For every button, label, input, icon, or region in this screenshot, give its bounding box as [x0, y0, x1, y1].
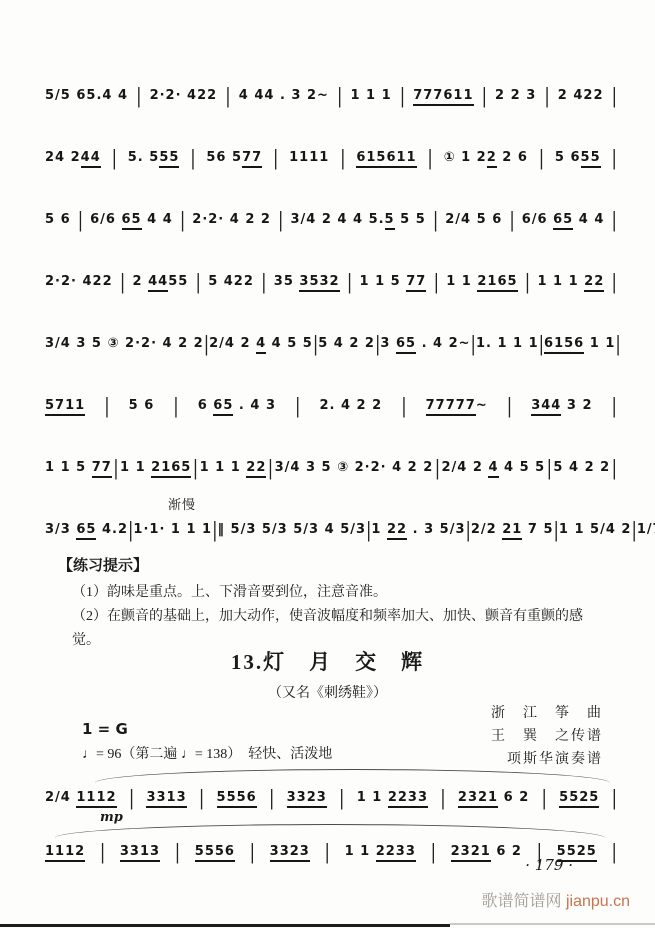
barline: |: [347, 269, 352, 293]
measure: 3/4 2 4 4 5.5 5 5: [290, 212, 425, 227]
barline: |: [78, 207, 83, 231]
barline: |: [128, 517, 133, 541]
measure: 2/2 21 7 5: [471, 522, 554, 537]
barline: |: [539, 331, 544, 355]
measure: 2321 6 2: [451, 844, 522, 859]
barline: |: [366, 517, 371, 541]
dynamic-mark: mp: [100, 810, 123, 825]
measure: 3323: [287, 790, 327, 805]
measure: 2 4455: [133, 274, 189, 289]
measure: 5 6: [45, 212, 71, 227]
measure: 2/4 5 6: [445, 212, 502, 227]
measure: 6/6 65 4 4: [522, 212, 605, 227]
barline: |: [313, 331, 318, 355]
credit-performer: 项斯华演奏谱: [491, 748, 603, 771]
barline: |: [180, 207, 185, 231]
measure: 1·1· 1 1 1: [133, 522, 212, 537]
measure: 3/3 65 4.2: [45, 522, 128, 537]
credit-transmitter: 王 巽 之传谱: [491, 725, 603, 748]
barline: |: [129, 785, 134, 809]
barline: |: [212, 517, 217, 541]
practice-tips: 【练习提示】 （1）韵味是重点。上、下滑音要到位，注意音准。 （2）在颤音的基础…: [58, 554, 603, 653]
page-number: · 179 ·: [525, 856, 573, 874]
score-line: 3/4 3 5 ③ 2·2· 4 2 2|2/4 2 4 4 5 5|5 4 2…: [45, 312, 617, 374]
measure: 2 422: [558, 88, 604, 103]
barline: |: [136, 83, 141, 107]
score-line: 2/4 1112|3313|5556|3323|1 1 2233|2321 6 …: [45, 770, 617, 824]
measure: 1 1 2165: [120, 460, 191, 475]
barline: |: [427, 145, 432, 169]
barline: |: [434, 269, 439, 293]
measure: 2/4 2 4 4 5 5: [442, 460, 546, 475]
barline: |: [612, 393, 617, 417]
measure: 1 1 1 22: [537, 274, 604, 289]
barline: |: [225, 83, 230, 107]
barline: |: [471, 331, 476, 355]
measure: 5 4 2 2: [553, 460, 610, 475]
barline: |: [611, 207, 616, 231]
measure: 2321 6 2: [458, 790, 529, 805]
measure: 1 1 2233: [345, 844, 416, 859]
piece-alt-title: （又名《刺绣鞋》）: [0, 682, 655, 702]
measure: 5 655: [555, 150, 601, 165]
barline: |: [525, 269, 530, 293]
barline: |: [631, 517, 636, 541]
measure: 5556: [195, 844, 235, 859]
barline: |: [261, 269, 266, 293]
measure: 3313: [120, 844, 160, 859]
measure: 5. 555: [128, 150, 180, 165]
barline: |: [339, 785, 344, 809]
measure: 1. 1 1 1: [476, 336, 539, 351]
barline: |: [112, 145, 117, 169]
scan-edge-line: [450, 923, 655, 925]
barline: |: [269, 785, 274, 809]
barline: |: [340, 145, 345, 169]
measure: 35 3532: [274, 274, 340, 289]
measure: 1112: [45, 844, 85, 859]
barline: |: [190, 145, 195, 169]
scan-edge-line: [0, 924, 450, 927]
score-line: 24 244|5. 555|56 577|1111|615611|① 1 22 …: [45, 126, 617, 188]
barline: |: [173, 393, 178, 417]
barline: |: [268, 455, 273, 479]
barline: |: [401, 393, 406, 417]
measure: 3323: [270, 844, 310, 859]
barline: |: [295, 393, 300, 417]
measure: 615611: [356, 150, 416, 165]
barline: |: [612, 269, 617, 293]
barline: |: [325, 839, 330, 863]
measure: 1 1 2233: [357, 790, 428, 805]
measure: 344 3 2: [531, 398, 592, 413]
barline: |: [400, 83, 405, 107]
barline: |: [113, 455, 118, 479]
measure: 1/7/1 —: [637, 522, 655, 537]
barline: |: [466, 517, 471, 541]
measure: 5525: [559, 790, 599, 805]
barline: |: [196, 269, 201, 293]
measure: 6/6 65 4 4: [90, 212, 173, 227]
watermark-domain: jianpu.cn: [566, 893, 630, 910]
measure: 77777~: [426, 398, 488, 413]
measure: 6156 1 1: [544, 336, 615, 351]
barline: |: [375, 331, 380, 355]
ritardando-label: 渐慢: [168, 494, 196, 513]
measure: 2·2· 4 2 2: [192, 212, 271, 227]
barline: |: [175, 839, 180, 863]
barline: |: [611, 145, 616, 169]
barline: |: [544, 83, 549, 107]
barline: |: [433, 207, 438, 231]
barline: |: [612, 83, 617, 107]
barline: |: [612, 839, 617, 863]
measure: 1 22 . 3 5/3: [371, 522, 465, 537]
score-line: 5711|5 6|6 65 . 4 3|2. 4 2 2|77777~|344 …: [45, 374, 617, 436]
measure: 24 244: [45, 150, 101, 165]
barline: |: [612, 455, 617, 479]
measure: 1 1 5/4 2: [559, 522, 632, 537]
practice-tip-1: （1）韵味是重点。上、下滑音要到位，注意音准。: [58, 581, 603, 605]
barline: |: [250, 839, 255, 863]
measure: 56 577: [206, 150, 262, 165]
credit-origin: 浙 江 筝 曲: [491, 702, 603, 725]
measure: 1 1 1 22: [200, 460, 267, 475]
measure: 2·2· 422: [45, 274, 113, 289]
measure: 3/4 3 5 ③ 2·2· 4 2 2: [45, 336, 204, 351]
barline: |: [435, 455, 440, 479]
key-tempo-block: 1 = G ♩= 96（第二遍 ♩= 138） 轻快、活泼地: [82, 720, 332, 763]
measure: 1111: [289, 150, 329, 165]
key-signature: 1 = G: [82, 720, 332, 738]
watermark-site-name: 歌谱简谱网: [481, 893, 561, 910]
measure: 3 65 . 4 2~: [380, 336, 470, 351]
measure: 4 44 . 3 2~: [239, 88, 329, 103]
measure: 777611: [413, 88, 473, 103]
barline: |: [104, 393, 109, 417]
measure: 5711: [45, 398, 85, 413]
score-line: 3/3 65 4.2|1·1· 1 1 1|‖ 5/3 5/3 5/3 4 5/…: [45, 498, 617, 560]
measure: 5 422: [208, 274, 254, 289]
score-section-1: 5/5 65.4 4|2·2· 422|4 44 . 3 2~|1 1 1|77…: [45, 64, 617, 560]
score-book-page: 5/5 65.4 4|2·2· 422|4 44 . 3 2~|1 1 1|77…: [0, 0, 655, 928]
score-line: 2·2· 422|2 4455|5 422|35 3532|1 1 5 77|1…: [45, 250, 617, 312]
measure: 3313: [146, 790, 186, 805]
barline: |: [273, 145, 278, 169]
score-line: 5/5 65.4 4|2·2· 422|4 44 . 3 2~|1 1 1|77…: [45, 64, 617, 126]
measure: 2·2· 422: [150, 88, 218, 103]
barline: |: [542, 785, 547, 809]
measure: 1 1 2165: [446, 274, 517, 289]
score-line: 1 1 5 77|1 1 2165|1 1 1 22|3/4 3 5 ③ 2·2…: [45, 436, 617, 498]
barline: |: [100, 839, 105, 863]
barline: |: [199, 785, 204, 809]
measure: 1 1 5 77: [360, 274, 427, 289]
measure: 5 6: [129, 398, 155, 413]
watermark: 歌谱简谱网 jianpu.cn: [481, 888, 630, 911]
measure: 5556: [217, 790, 257, 805]
tempo-marking: ♩= 96（第二遍 ♩= 138） 轻快、活泼地: [82, 743, 332, 763]
barline: |: [507, 393, 512, 417]
barline: |: [509, 207, 514, 231]
measure: ① 1 22 2 6: [444, 150, 528, 165]
barline: |: [431, 839, 436, 863]
measure: 2/4 1112: [45, 790, 117, 805]
measure: 1 1 5 77: [45, 460, 112, 475]
barline: |: [554, 517, 559, 541]
measure: 2/4 2 4 4 5 5: [209, 336, 313, 351]
practice-tips-heading: 【练习提示】: [58, 554, 603, 575]
barline: |: [612, 785, 617, 809]
measure: 2 2 3: [495, 88, 536, 103]
measure: 2. 4 2 2: [319, 398, 382, 413]
measure: 6 65 . 4 3: [198, 398, 276, 413]
barline: |: [482, 83, 487, 107]
barline: |: [204, 331, 209, 355]
measure: 1 1 1: [350, 88, 391, 103]
barline: |: [337, 83, 342, 107]
measure: 5/5 65.4 4: [45, 88, 128, 103]
barline: |: [278, 207, 283, 231]
barline: |: [539, 145, 544, 169]
barline: |: [547, 455, 552, 479]
score-line: 5 6|6/6 65 4 4|2·2· 4 2 2|3/4 2 4 4 5.5 …: [45, 188, 617, 250]
piece-credits: 浙 江 筝 曲 王 巽 之传谱 项斯华演奏谱: [491, 702, 603, 771]
measure: ‖ 5/3 5/3 5/3 4 5/3: [218, 522, 367, 537]
barline: |: [120, 269, 125, 293]
barline: |: [615, 331, 620, 355]
barline: |: [440, 785, 445, 809]
measure: 5 4 2 2: [318, 336, 375, 351]
measure: 3/4 3 5 ③ 2·2· 4 2 2: [275, 460, 434, 475]
barline: |: [193, 455, 198, 479]
piece-title: 13.灯 月 交 辉: [0, 646, 655, 676]
